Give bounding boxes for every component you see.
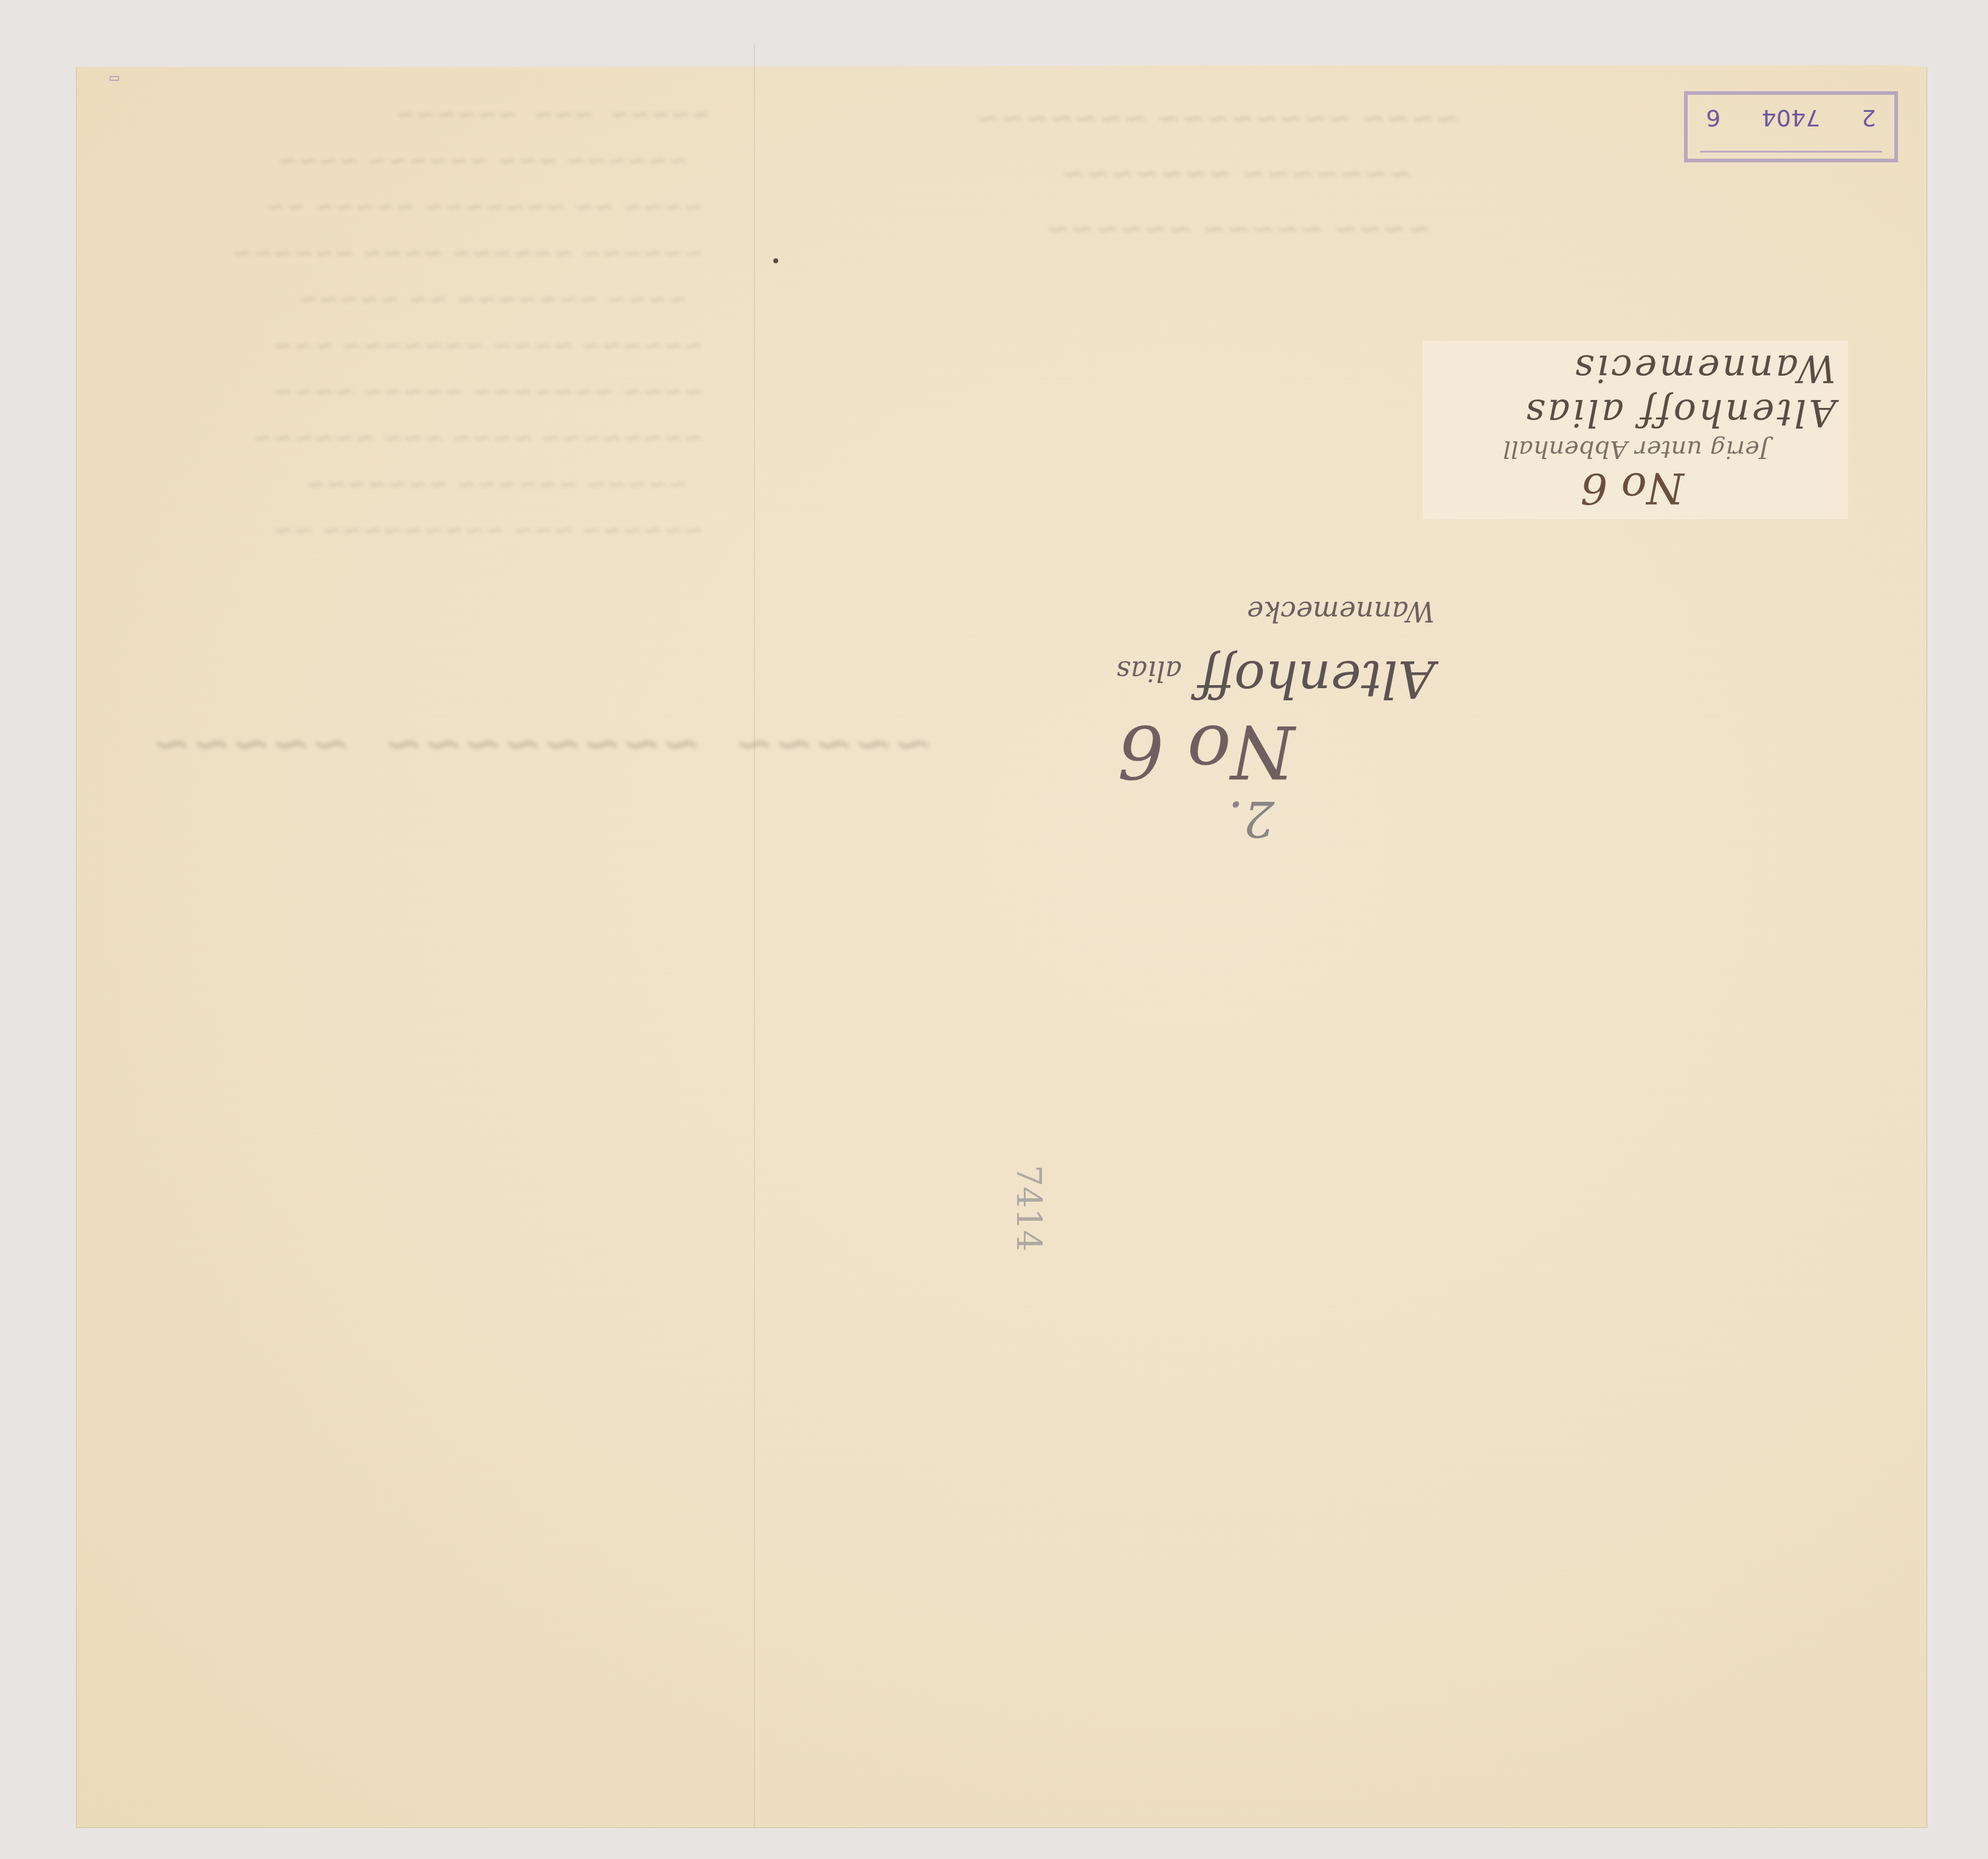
archive-stamp-field: 7404 [1762,105,1821,131]
small-archive-stamp [109,76,119,81]
main-note-number: No 6 [936,709,1295,793]
ink-spot [773,258,778,263]
item-number-mark: 2. [1228,790,1274,847]
handwritten-label-note: No 6 Jerig unter Abbenhall Altenhoff ali… [1423,340,1848,519]
archive-stamp-field: 2 [1862,105,1876,131]
bleed-through-heading: ~~~~~ ~~~~~~~~ ~~~~~ [152,699,933,789]
label-note-location: Jerig unter Abbenhall [1435,435,1769,463]
fold-line [754,44,755,1828]
archive-stamp: 2 7404 6 [1684,91,1898,162]
bleed-through-text-right: ~~~~ ~~~~~~~~ ~~~~~~~ ~~~~~~~ ~~~~~~~ ~~… [851,91,1459,258]
archive-stamp-field: 6 [1706,105,1721,131]
main-note-name: Altenhoff alias Wannemecke [936,590,1435,709]
pencil-mark: 7414 [1009,1165,1048,1252]
archive-stamp-header [1700,151,1882,153]
main-note-surname: Altenhoff [1198,649,1435,709]
label-note-name: Altenhoff alias Wannemecis [1435,347,1836,435]
handwritten-main-note: No 6 Altenhoff alias Wannemecke [930,584,1441,799]
label-note-number: No 6 [1435,463,1684,513]
bleed-through-text-left: ~~~~~ ~~~ ~~~~~~ ~~~~~~ ~~~ ~~~~~~ ~~~~ … [103,91,711,553]
